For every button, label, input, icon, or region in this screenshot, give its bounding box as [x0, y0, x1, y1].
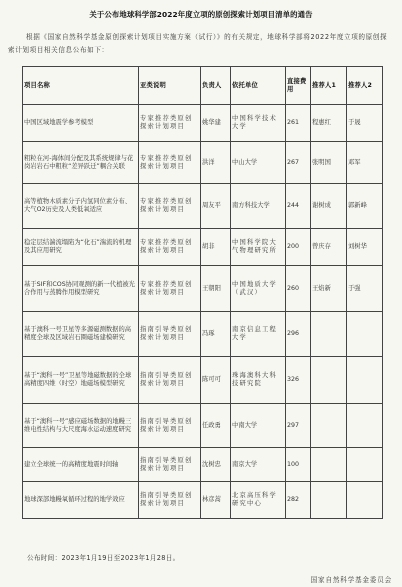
- cell-recommender1: 程惠红: [311, 105, 347, 142]
- table-row: 建立全球统一的高精度地震时间轴 指南引导类原创探索计划项目 沈树忠 南京大学 1…: [23, 448, 383, 482]
- table-row: 中国区域地震学参考模型 专家推荐类原创探索计划项目 姚华建 中国科学技术大学 2…: [23, 105, 383, 142]
- cell-cost: 296: [286, 312, 311, 357]
- cell-subtype: 指南引导类原创探索计划项目: [139, 357, 201, 404]
- table-row: 稳定层结湍流塌陷为“化石”湍流的机理及其应用研究 专家推荐类原创探索计划项目 胡…: [23, 229, 383, 266]
- cell-project-name: 稳定层结湍流塌陷为“化石”湍流的机理及其应用研究: [23, 229, 139, 266]
- header-subtype: 亚类说明: [139, 67, 201, 105]
- publish-period: 公布时间：2023年1月19日至2023年1月28日。: [27, 552, 180, 562]
- cell-subtype: 专家推荐类原创探索计划项目: [139, 229, 201, 266]
- cell-subtype: 指南引导类原创探索计划项目: [139, 312, 201, 357]
- cell-recommender2: 刘树华: [347, 229, 383, 266]
- cell-cost: 261: [286, 105, 311, 142]
- cell-recommender2: [347, 404, 383, 448]
- cell-cost: 244: [286, 184, 311, 229]
- cell-unit: 中国地质大学（武汉）: [231, 266, 286, 312]
- header-project-name: 项目名称: [23, 67, 139, 105]
- header-pi: 负责人: [201, 67, 231, 105]
- cell-project-name: 基于“澳科一号”感应磁场数据的地幔三维电性结构与大尺度海水运动速度研究: [23, 404, 139, 448]
- cell-recommender1: 张明国: [311, 142, 347, 184]
- document-title: 关于公布地球科学部2022年度立项的原创探索计划项目清单的通告: [0, 9, 402, 20]
- cell-recommender1: 曾庆存: [311, 229, 347, 266]
- table-row: 粗粒在河-海体间分配及其系统规律与花岗岩岩石中粗粒“差异跃迁”耦合关联 专家推荐…: [23, 142, 383, 184]
- cell-unit: 北京高压科学研究中心: [231, 482, 286, 519]
- table-row: 基于“澳科一号”卫星等地磁数据的全球高精度四维（时空）地磁场模型研究 指南引导类…: [23, 357, 383, 404]
- cell-pi: 任政勇: [201, 404, 231, 448]
- cell-recommender2: [347, 482, 383, 519]
- table-header-row: 项目名称 亚类说明 负责人 依托单位 直接费用 推荐人1 推荐人2: [23, 67, 383, 105]
- cell-subtype: 指南引导类原创探索计划项目: [139, 448, 201, 482]
- cell-recommender2: 邓军: [347, 142, 383, 184]
- cell-project-name: 中国区域地震学参考模型: [23, 105, 139, 142]
- cell-unit: 中山大学: [231, 142, 286, 184]
- project-table: 项目名称 亚类说明 负责人 依托单位 直接费用 推荐人1 推荐人2 中国区域地震…: [22, 66, 383, 519]
- cell-subtype: 专家推荐类原创探索计划项目: [139, 266, 201, 312]
- cell-unit: 南方科技大学: [231, 184, 286, 229]
- cell-pi: 陈可可: [201, 357, 231, 404]
- cell-recommender1: 谢树成: [311, 184, 347, 229]
- cell-cost: 200: [286, 229, 311, 266]
- cell-cost: 282: [286, 482, 311, 519]
- cell-pi: 王朝阳: [201, 266, 231, 312]
- issuer-signature: 国家自然科学基金委员会: [311, 574, 392, 584]
- cell-pi: 胡非: [201, 229, 231, 266]
- cell-unit: 中国科学技术大学: [231, 105, 286, 142]
- cell-pi: 沈树忠: [201, 448, 231, 482]
- cell-recommender2: [347, 357, 383, 404]
- cell-recommender1: [311, 448, 347, 482]
- header-recommender2: 推荐人2: [347, 67, 383, 105]
- cell-pi: 姚华建: [201, 105, 231, 142]
- table-row: 高等植物木质素分子内氢同位素分布、大气O2历史及人类低氧适应 专家推荐类原创探索…: [23, 184, 383, 229]
- cell-recommender1: [311, 404, 347, 448]
- cell-cost: 260: [286, 266, 311, 312]
- cell-subtype: 指南引导类原创探索计划项目: [139, 482, 201, 519]
- cell-cost: 297: [286, 404, 311, 448]
- cell-unit: 中南大学: [231, 404, 286, 448]
- cell-pi: 周友平: [201, 184, 231, 229]
- table-row: 基于澳科一号卫星等多源磁测数据的高精度全球及区域岩石圈磁场建模研究 指南引导类原…: [23, 312, 383, 357]
- cell-project-name: 基于“澳科一号”卫星等地磁数据的全球高精度四维（时空）地磁场模型研究: [23, 357, 139, 404]
- header-cost: 直接费用: [286, 67, 311, 105]
- cell-project-name: 基于SIF和COS协同观测的新一代植被光合作用与蒸腾作用模型研究: [23, 266, 139, 312]
- cell-recommender1: [311, 312, 347, 357]
- cell-project-name: 建立全球统一的高精度地震时间轴: [23, 448, 139, 482]
- table-row: 基于“澳科一号”感应磁场数据的地幔三维电性结构与大尺度海水运动速度研究 指南引导…: [23, 404, 383, 448]
- cell-recommender1: 王焰新: [311, 266, 347, 312]
- header-unit: 依托单位: [231, 67, 286, 105]
- cell-subtype: 专家推荐类原创探索计划项目: [139, 105, 201, 142]
- cell-pi: 洪洋: [201, 142, 231, 184]
- header-recommender1: 推荐人1: [311, 67, 347, 105]
- cell-unit: 中国科学院大气物理研究所: [231, 229, 286, 266]
- cell-pi: 冯琢: [201, 312, 231, 357]
- cell-project-name: 高等植物木质素分子内氢同位素分布、大气O2历史及人类低氧适应: [23, 184, 139, 229]
- cell-recommender2: 于强: [347, 266, 383, 312]
- cell-subtype: 指南引导类原创探索计划项目: [139, 404, 201, 448]
- cell-recommender2: 于晟: [347, 105, 383, 142]
- cell-recommender1: [311, 357, 347, 404]
- cell-subtype: 专家推荐类原创探索计划项目: [139, 184, 201, 229]
- cell-recommender2: [347, 312, 383, 357]
- cell-unit: 南京大学: [231, 448, 286, 482]
- cell-cost: 326: [286, 357, 311, 404]
- intro-paragraph: 根据《国家自然科学基金原创探索计划项目实施方案（试行）》的有关规定，地球科学部将…: [8, 31, 392, 57]
- cell-project-name: 基于澳科一号卫星等多源磁测数据的高精度全球及区域岩石圈磁场建模研究: [23, 312, 139, 357]
- cell-unit: 珠海澳科大科技研究院: [231, 357, 286, 404]
- cell-subtype: 专家推荐类原创探索计划项目: [139, 142, 201, 184]
- cell-recommender2: [347, 448, 383, 482]
- cell-cost: 267: [286, 142, 311, 184]
- cell-pi: 林彦蒿: [201, 482, 231, 519]
- cell-recommender2: 郭新峰: [347, 184, 383, 229]
- cell-project-name: 地球深部地幔氧循环过程的地学效应: [23, 482, 139, 519]
- cell-project-name: 粗粒在河-海体间分配及其系统规律与花岗岩岩石中粗粒“差异跃迁”耦合关联: [23, 142, 139, 184]
- table-row: 基于SIF和COS协同观测的新一代植被光合作用与蒸腾作用模型研究 专家推荐类原创…: [23, 266, 383, 312]
- cell-recommender1: [311, 482, 347, 519]
- cell-cost: 100: [286, 448, 311, 482]
- cell-unit: 南京信息工程大学: [231, 312, 286, 357]
- table-row: 地球深部地幔氧循环过程的地学效应 指南引导类原创探索计划项目 林彦蒿 北京高压科…: [23, 482, 383, 519]
